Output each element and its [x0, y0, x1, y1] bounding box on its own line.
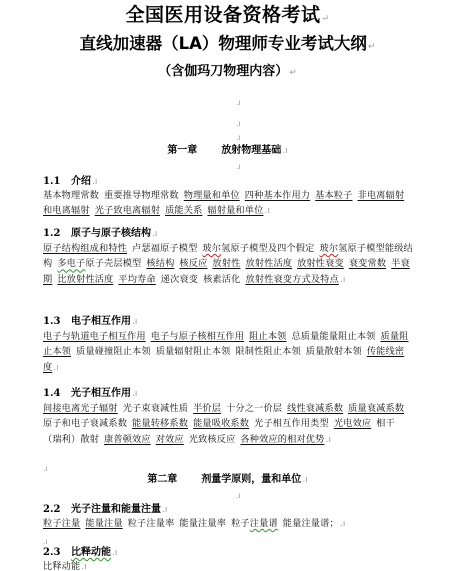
term-link[interactable]: 间接电离光子辐射	[43, 403, 118, 414]
term-link[interactable]: 衰变常数	[349, 258, 386, 269]
term-link[interactable]: 基本粒子	[315, 190, 352, 201]
empty-paragraph-mark-icon: .ı	[236, 134, 241, 142]
term-link[interactable]: 平均寿命	[118, 274, 155, 285]
term-link[interactable]: 粒子注量	[43, 518, 80, 529]
section-heading: 2.2光子注量和能量注量.ı	[43, 503, 167, 517]
term: 基本物理常数	[43, 190, 99, 201]
term-link[interactable]: 对效应	[156, 434, 184, 445]
paragraph-mark-icon: .ı	[162, 505, 167, 515]
term: 光致核反应	[189, 434, 236, 445]
empty-paragraph-mark-icon: .ı	[43, 538, 48, 546]
chapter-label: 第二章	[147, 474, 177, 485]
section-heading: 2.3比释动能.ı	[43, 546, 117, 560]
term-link[interactable]: 物理量和单位	[184, 190, 240, 201]
term: 递次衰变	[161, 274, 198, 285]
empty-paragraph-mark-icon: .ı	[236, 492, 241, 500]
section-body: 比释动能.ı	[43, 559, 413, 571]
term: 粒子注量谱	[231, 518, 278, 529]
term: 多电子原子壳层模型	[57, 258, 141, 269]
chapter-title: 放射物理基础	[221, 145, 281, 156]
term-link[interactable]: 康普顿效应	[104, 434, 151, 445]
term: 质量散射本领	[306, 346, 362, 357]
section-title: 原子与原子核结构	[71, 228, 151, 239]
chapter-heading: 第一章放射物理基础.ı	[0, 144, 455, 158]
section-number: 1.4	[43, 387, 71, 401]
term-link[interactable]: 放射性衰变方式及特点	[245, 274, 338, 285]
section-number: 2.3	[43, 546, 71, 560]
section-body: 间接电离光子辐射光子束衰减性质半价层十分之一价层线性衰减系数质量衰减系数原子和电…	[43, 401, 413, 448]
term: 光子相互作用类型	[254, 418, 329, 429]
empty-paragraph-mark-icon: .ı	[236, 120, 241, 128]
term-link[interactable]: 能量注量	[85, 518, 122, 529]
section-body: 基本物理常数重要推导物理常数物理量和单位四种基本作用力基本粒子非电离辐射和电离辐…	[43, 188, 413, 220]
term-link[interactable]: 四种基本作用力	[245, 190, 310, 201]
term-link[interactable]: 电子与原子核相互作用	[151, 331, 244, 342]
term: 质量碰撞阻止本领	[76, 346, 151, 357]
section-title: 电子相互作用	[71, 316, 131, 327]
empty-paragraph-mark-icon: .ı	[236, 99, 241, 107]
paragraph-mark-icon: .ı	[282, 146, 287, 156]
term: 重要推导物理常数	[104, 190, 179, 201]
term: 总质量能量阻止本领	[291, 331, 375, 342]
paragraph-mark-icon: .ı	[340, 275, 346, 285]
paragraph-mark-icon: ↵	[368, 42, 376, 52]
term-link[interactable]: 比放射性活度	[57, 274, 113, 285]
paragraph-mark-icon: .ı	[340, 519, 346, 529]
term-link[interactable]: 半价层	[193, 403, 221, 414]
section-heading: 1.2原子与原子核结构.ı	[43, 227, 157, 241]
paragraph-mark-icon: ↵	[289, 68, 297, 78]
term-link[interactable]: 放射性衰变	[297, 258, 344, 269]
chapter-title: 剂量学原则，量和单位	[201, 474, 301, 485]
document-page: 全国医用设备资格考试↵ 直线加速器（LA）物理师专业考试大纲↵ （含伽玛刀物理内…	[0, 0, 455, 571]
section-number: 2.2	[43, 503, 71, 517]
term: 能量注量率	[179, 518, 226, 529]
term-link[interactable]: 阻止本领	[249, 331, 286, 342]
paragraph-mark-icon: .ı	[53, 363, 59, 373]
term: 卢瑟福原子模型	[132, 243, 197, 254]
term-link[interactable]: 电子与轨道电子相互作用	[43, 331, 146, 342]
term: 能量注量谱；	[283, 518, 339, 529]
term-link[interactable]: 辐射量和单位	[207, 205, 263, 216]
section-title: 光子相互作用	[71, 388, 131, 399]
term: 粒子注量率	[128, 518, 175, 529]
term: 十分之一价层	[226, 403, 282, 414]
section-heading: 1.1介绍.ı	[43, 175, 97, 189]
term: 玻尔氢原子模型及四个假定	[202, 243, 314, 254]
term: 原子和电子衰减系数	[43, 418, 127, 429]
term: 光子束衰减性质	[123, 403, 188, 414]
paragraph-mark-icon: .ı	[325, 435, 331, 445]
section-body: 电子与轨道电子相互作用电子与原子核相互作用阻止本领总质量能量阻止本领质量阻止本领…	[43, 329, 413, 376]
paragraph-mark-icon: .ı	[132, 317, 137, 327]
term: 比释动能	[43, 561, 80, 571]
document-subtitle: 直线加速器（LA）物理师专业考试大纲↵	[0, 33, 455, 58]
term-link[interactable]: 质量衰减系数	[348, 403, 404, 414]
term: 限制性阻止本领	[235, 346, 300, 357]
section-title: 光子注量和能量注量	[71, 504, 161, 515]
section-title: 比释动能	[71, 547, 111, 558]
title-line-1: 全国医用设备资格考试	[125, 4, 320, 26]
paragraph-mark-icon: .ı	[132, 389, 137, 399]
empty-paragraph-mark-icon: .ı	[236, 163, 241, 171]
paragraph-mark-icon: .ı	[302, 475, 307, 485]
section-number: 1.3	[43, 315, 71, 329]
section-body: 粒子注量能量注量粒子注量率能量注量率粒子注量谱能量注量谱；.ı	[43, 516, 413, 532]
term-link[interactable]: 放射性	[212, 258, 240, 269]
term-link[interactable]: 放射性活度	[245, 258, 292, 269]
section-number: 1.2	[43, 227, 71, 241]
term-link[interactable]: 线性衰减系数	[287, 403, 343, 414]
term-link[interactable]: 光子致电离辐射	[95, 205, 160, 216]
title-line-3: （含伽玛刀物理内容）	[158, 64, 288, 79]
paragraph-mark-icon: .ı	[264, 206, 270, 216]
term-link[interactable]: 各种效应的相对优势	[240, 434, 324, 445]
paragraph-mark-icon: .ı	[152, 229, 157, 239]
term-link[interactable]: 能量吸收系数	[193, 418, 249, 429]
paragraph-mark-icon: .ı	[92, 177, 97, 187]
term-link[interactable]: 质能关系	[165, 205, 202, 216]
term-link[interactable]: 原子结构组成和特性	[43, 243, 127, 254]
term: 质量辐射阻止本领	[156, 346, 231, 357]
chapter-label: 第一章	[167, 145, 197, 156]
term-link[interactable]: 光电效应	[334, 418, 371, 429]
paragraph-mark-icon: .ı	[112, 548, 117, 558]
term-link[interactable]: 核结构	[146, 258, 174, 269]
term: 核素活化	[203, 274, 240, 285]
document-title: 全国医用设备资格考试↵	[0, 3, 455, 31]
section-heading: 1.4光子相互作用.ı	[43, 387, 137, 401]
section-title: 介绍	[71, 176, 91, 187]
empty-paragraph-mark-icon: .ı	[43, 465, 48, 473]
section-number: 1.1	[43, 175, 71, 189]
paragraph-mark-icon: ↵	[321, 14, 329, 24]
section-heading: 1.3电子相互作用.ı	[43, 315, 137, 329]
section-body: 原子结构组成和特性卢瑟福原子模型玻尔氢原子模型及四个假定玻尔氢原子模型能级结构多…	[43, 241, 413, 288]
term-link[interactable]: 核反应	[179, 258, 207, 269]
paragraph-mark-icon: .ı	[81, 562, 87, 571]
document-subtitle-note: （含伽玛刀物理内容）↵	[0, 63, 455, 82]
title-line-2: 直线加速器（LA）物理师专业考试大纲	[80, 34, 367, 53]
chapter-heading: 第二章剂量学原则，量和单位.ı	[0, 473, 455, 487]
term-link[interactable]: 能量转移系数	[132, 418, 188, 429]
